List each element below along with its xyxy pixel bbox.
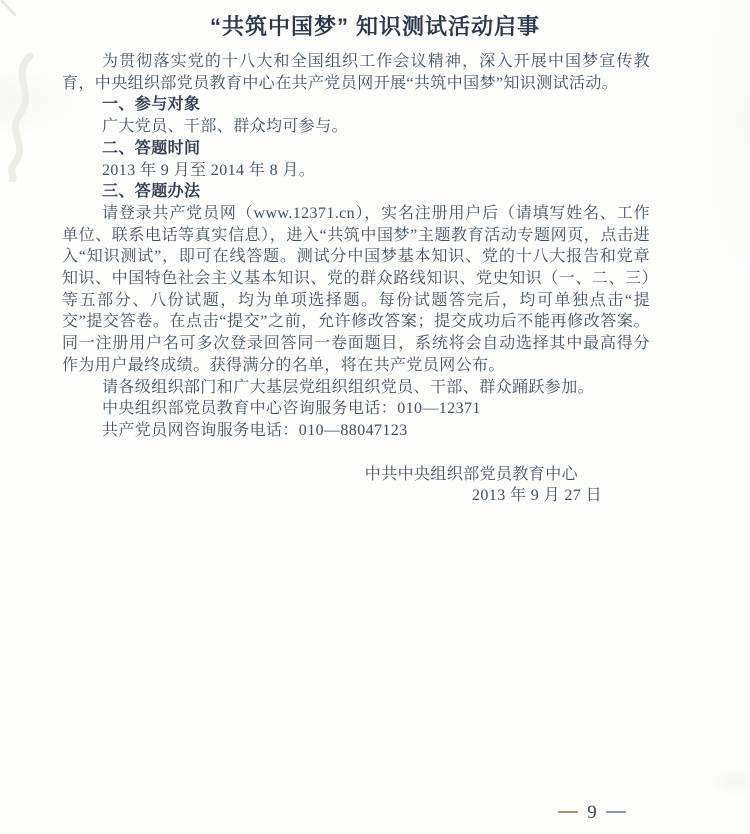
footer-dash-right-icon (606, 811, 626, 813)
appeal-paragraph: 请各级组织部门和广大基层党组织组织党员、干部、群众踊跃参加。 (62, 377, 650, 399)
section-3-heading: 三、答题办法 (62, 181, 650, 203)
hotline-org-center: 中央组织部党员教育中心咨询服务电话：010—12371 (62, 398, 650, 420)
section-2-body: 2013 年 9 月至 2014 年 8 月。 (62, 160, 650, 182)
section-2-heading: 二、答题时间 (62, 138, 650, 160)
section-1-heading: 一、参与对象 (62, 94, 650, 116)
section-3-body: 请登录共产党员网（www.12371.cn），实名注册用户后（请填写姓名、工作单… (62, 203, 650, 377)
intro-paragraph: 为贯彻落实党的十八大和全国组织工作会议精神，深入开展中国梦宣传教育，中央组织部党… (62, 51, 650, 94)
scan-artifact-pen-squiggle (0, 52, 48, 182)
section-1-body: 广大党员、干部、群众均可参与。 (62, 116, 650, 138)
page-footer: 9 (548, 799, 636, 825)
scanned-notice-page: “共筑中国梦” 知识测试活动启事 为贯彻落实党的十八大和全国组织工作会议精神，深… (0, 0, 750, 834)
signature-org: 中共中央组织部党员教育中心 (62, 464, 650, 486)
footer-dash-left-icon (558, 811, 578, 813)
notice-body: 为贯彻落实党的十八大和全国组织工作会议精神，深入开展中国梦宣传教育，中央组织部党… (62, 51, 650, 507)
footer-page-number: 9 (587, 803, 597, 822)
signature-block: 中共中央组织部党员教育中心 2013 年 9 月 27 日 (62, 464, 650, 507)
signature-date: 2013 年 9 月 27 日 (62, 485, 650, 507)
hotline-website: 共产党员网咨询服务电话：010—88047123 (62, 420, 650, 442)
notice-title: “共筑中国梦” 知识测试活动启事 (0, 10, 750, 41)
